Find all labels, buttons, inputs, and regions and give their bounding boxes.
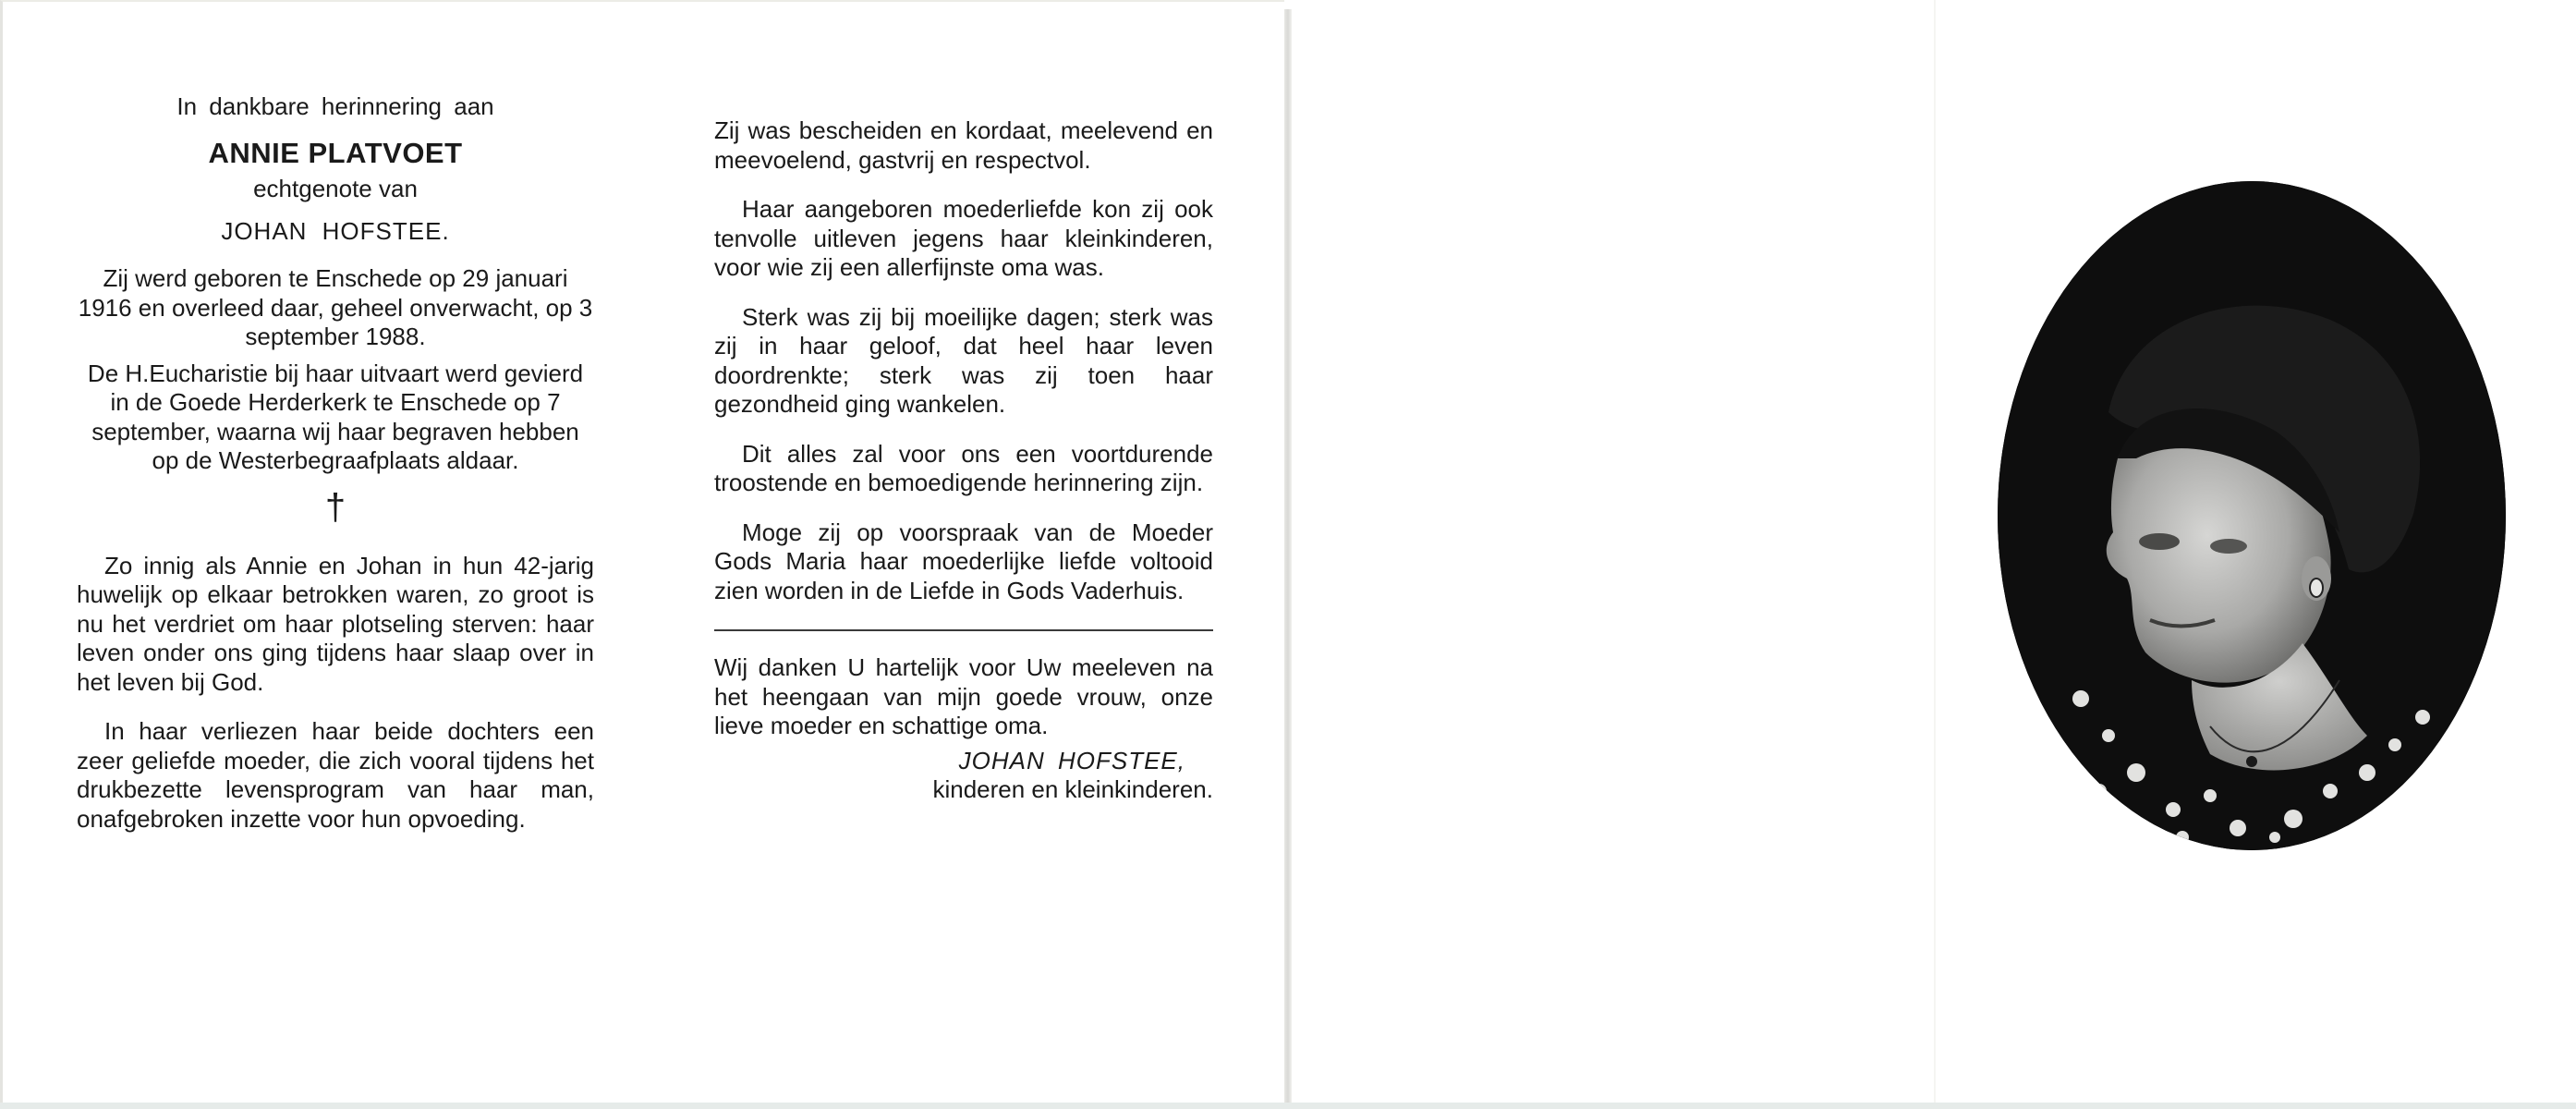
tribute-paragraph: Dit alles zal voor ons een voortdurende …	[714, 440, 1213, 498]
intro-line: In dankbare herinnering aan	[77, 92, 594, 122]
deceased-name: ANNIE PLATVOET	[77, 139, 594, 168]
thanks-paragraph: Wij danken U hartelijk voor Uw meeleven …	[714, 653, 1213, 741]
spouse-name: JOHAN HOFSTEE.	[77, 217, 594, 247]
portrait-image	[1998, 181, 2506, 850]
scan-background-strip	[0, 1103, 2576, 1109]
birth-death-paragraph: Zij werd geboren te Enschede op 29 janua…	[77, 264, 594, 352]
card-fold-edge	[1284, 9, 1292, 1103]
portrait-photo	[1998, 181, 2506, 850]
tribute-paragraph: Sterk was zij bij moeilijke dagen; sterk…	[714, 303, 1213, 420]
funeral-paragraph: De H.Eucharistie bij haar uitvaart werd …	[77, 360, 594, 476]
tribute-paragraph: Haar aangeboren moederliefde kon zij ook…	[714, 195, 1213, 283]
divider-line	[714, 629, 1213, 631]
spouse-label: echtgenote van	[77, 175, 594, 204]
card-inner-left-spread: In dankbare herinnering aan ANNIE PLATVO…	[0, 0, 1284, 1103]
tribute-paragraph: Zo innig als Annie en Johan in hun 42-ja…	[77, 552, 594, 698]
right-text-column: Zij was bescheiden en kordaat, meelevend…	[714, 116, 1213, 805]
prayer-paragraph: Moge zij op voorspraak van de Moeder God…	[714, 518, 1213, 606]
tribute-paragraph: Zij was bescheiden en kordaat, meelevend…	[714, 116, 1213, 175]
signature: JOHAN HOFSTEE,	[714, 747, 1213, 776]
family-line: kinderen en kleinkinderen.	[714, 775, 1213, 805]
cross-icon: †	[77, 487, 594, 528]
card-fold-line	[1934, 0, 1936, 1103]
left-text-column: In dankbare herinnering aan ANNIE PLATVO…	[77, 92, 594, 834]
tribute-paragraph: In haar verliezen haar beide dochters ee…	[77, 717, 594, 834]
